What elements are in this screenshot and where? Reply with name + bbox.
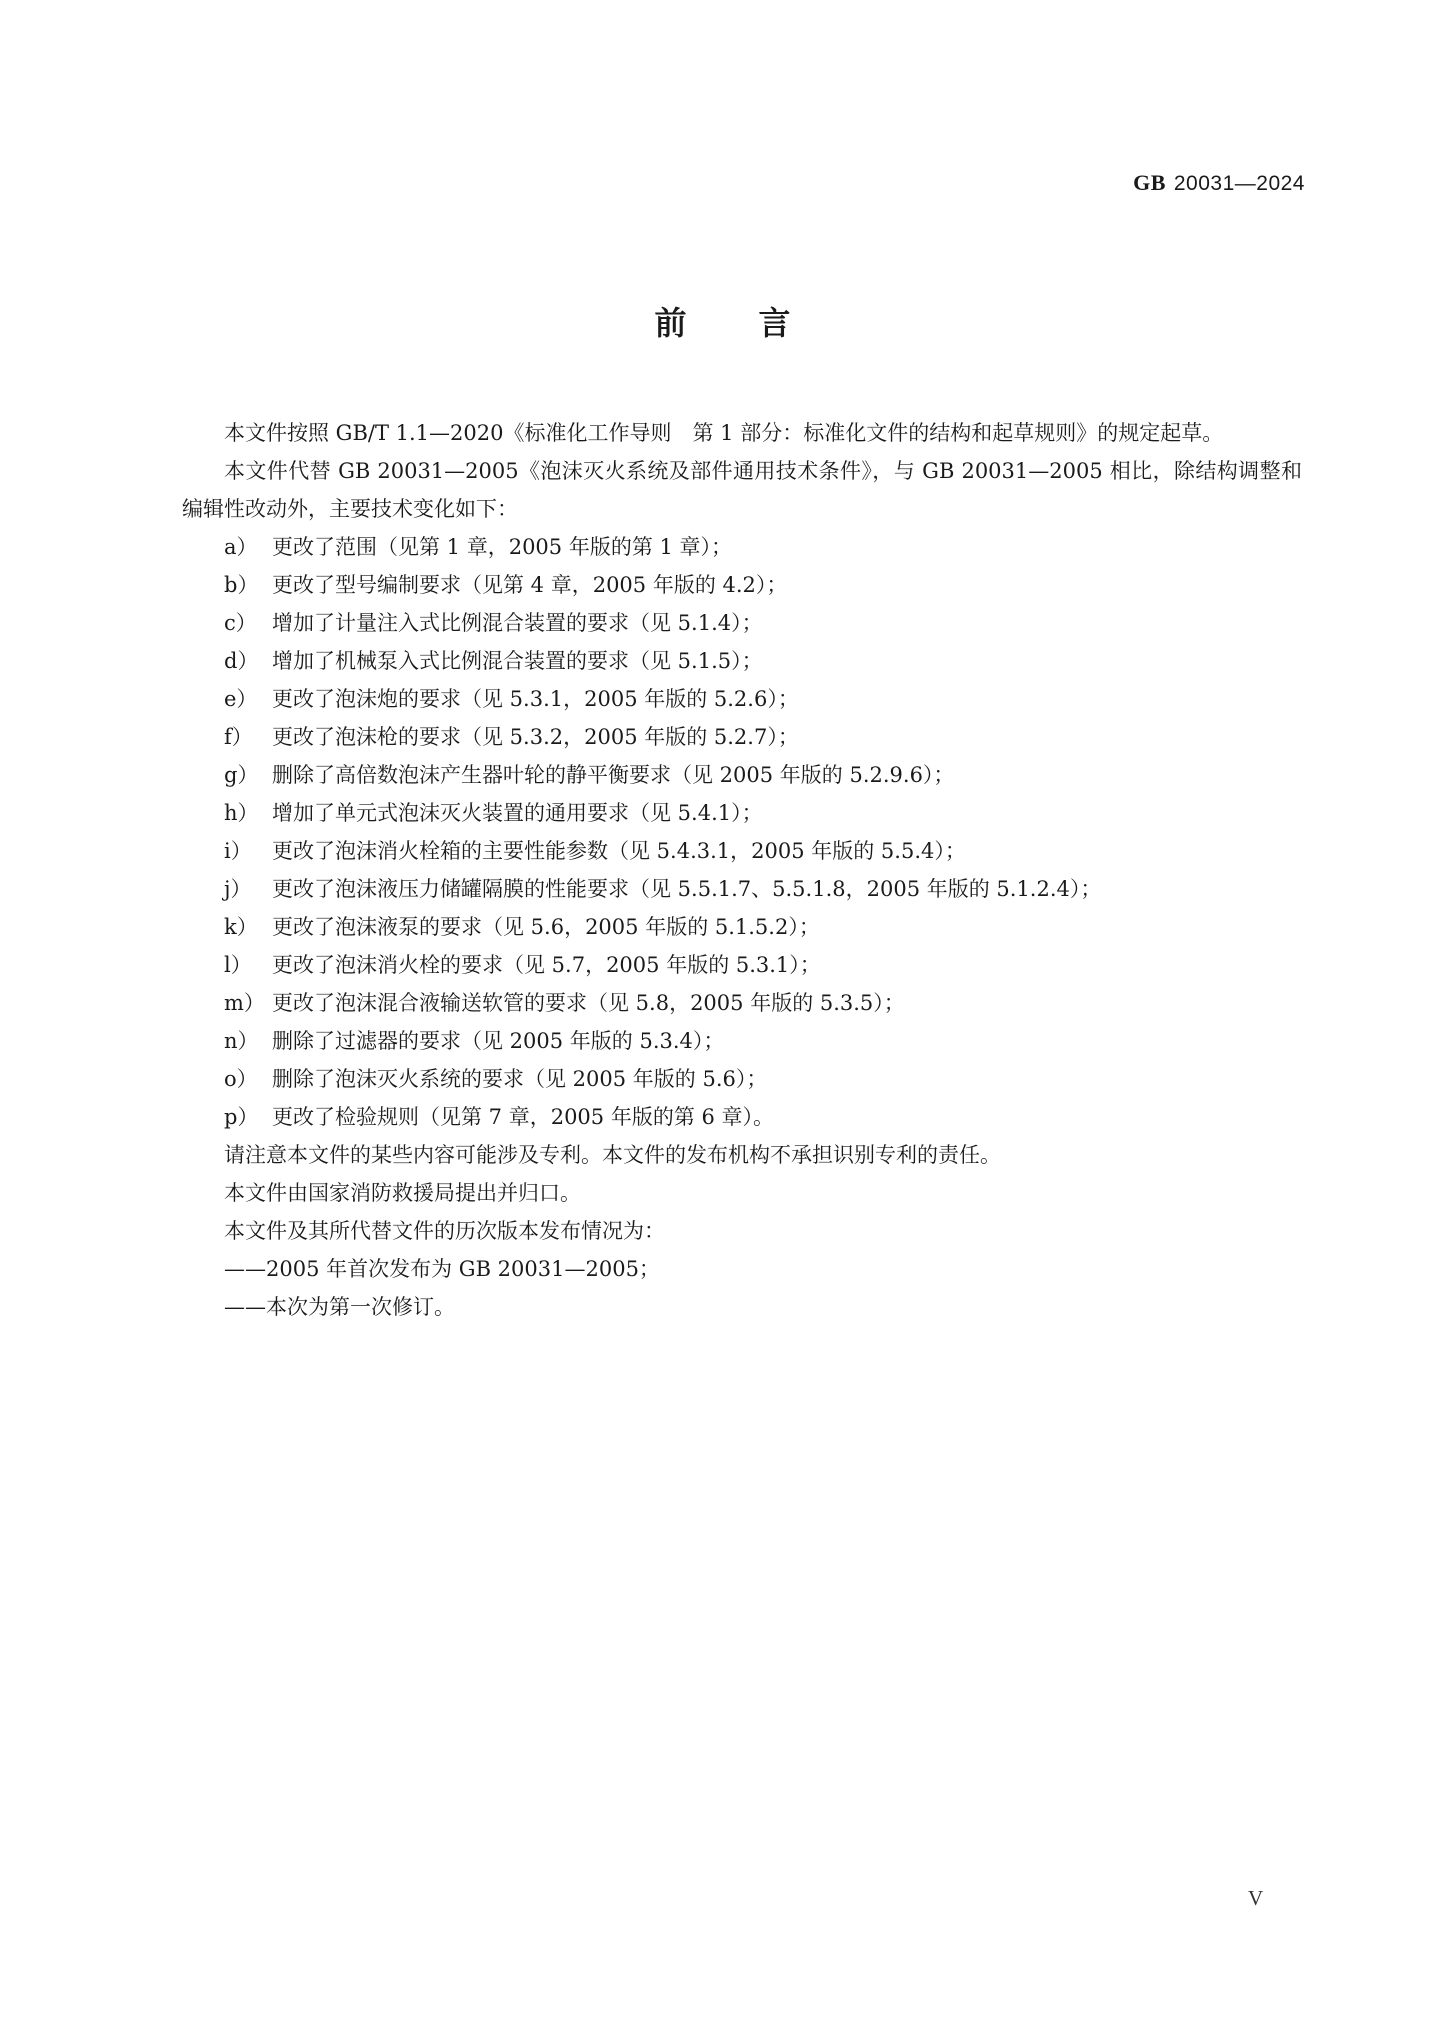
list-item: h）增加了单元式泡沫灭火装置的通用要求（见 5.4.1）； bbox=[182, 794, 1302, 832]
page-title: 前言 bbox=[0, 298, 1445, 344]
page-number: V bbox=[1248, 1886, 1263, 1911]
list-item: i）更改了泡沫消火栓箱的主要性能参数（见 5.4.3.1，2005 年版的 5.… bbox=[182, 832, 1302, 870]
list-item: j）更改了泡沫液压力储罐隔膜的性能要求（见 5.5.1.7、5.5.1.8，20… bbox=[182, 870, 1302, 908]
history-item: ——2005 年首次发布为 GB 20031—2005； bbox=[182, 1250, 1302, 1288]
list-item: l）更改了泡沫消火栓的要求（见 5.7，2005 年版的 5.3.1）； bbox=[182, 946, 1302, 984]
paragraph-patent-notice: 请注意本文件的某些内容可能涉及专利。本文件的发布机构不承担识别专利的责任。 bbox=[182, 1136, 1302, 1174]
list-item: c）增加了计量注入式比例混合装置的要求（见 5.1.4）； bbox=[182, 604, 1302, 642]
list-item: n）删除了过滤器的要求（见 2005 年版的 5.3.4）； bbox=[182, 1022, 1302, 1060]
foreword-body: 本文件按照 GB/T 1.1—2020《标准化工作导则 第 1 部分：标准化文件… bbox=[182, 414, 1302, 1326]
list-item: f）更改了泡沫枪的要求（见 5.3.2，2005 年版的 5.2.7）； bbox=[182, 718, 1302, 756]
list-item: e）更改了泡沫炮的要求（见 5.3.1，2005 年版的 5.2.6）； bbox=[182, 680, 1302, 718]
list-item: m）更改了泡沫混合液输送软管的要求（见 5.8，2005 年版的 5.3.5）； bbox=[182, 984, 1302, 1022]
standard-prefix: GB bbox=[1133, 170, 1166, 195]
title-char-2: 言 bbox=[759, 298, 791, 344]
paragraph-replacement: 本文件代替 GB 20031—2005《泡沫灭火系统及部件通用技术条件》，与 G… bbox=[182, 452, 1302, 528]
technical-changes-list: a）更改了范围（见第 1 章，2005 年版的第 1 章）； b）更改了型号编制… bbox=[182, 528, 1302, 1136]
paragraph-proposer: 本文件由国家消防救援局提出并归口。 bbox=[182, 1174, 1302, 1212]
standard-number: 20031—2024 bbox=[1174, 172, 1305, 195]
list-item: d）增加了机械泵入式比例混合装置的要求（见 5.1.5）； bbox=[182, 642, 1302, 680]
list-item: p）更改了检验规则（见第 7 章，2005 年版的第 6 章）。 bbox=[182, 1098, 1302, 1136]
title-char-1: 前 bbox=[654, 298, 686, 344]
list-item: a）更改了范围（见第 1 章，2005 年版的第 1 章）； bbox=[182, 528, 1302, 566]
document-code-header: GB20031—2024 bbox=[1133, 170, 1305, 196]
paragraph-drafting-rules: 本文件按照 GB/T 1.1—2020《标准化工作导则 第 1 部分：标准化文件… bbox=[182, 414, 1302, 452]
list-item: o）删除了泡沫灭火系统的要求（见 2005 年版的 5.6）； bbox=[182, 1060, 1302, 1098]
paragraph-history-intro: 本文件及其所代替文件的历次版本发布情况为： bbox=[182, 1212, 1302, 1250]
history-item: ——本次为第一次修订。 bbox=[182, 1288, 1302, 1326]
list-item: b）更改了型号编制要求（见第 4 章，2005 年版的 4.2）； bbox=[182, 566, 1302, 604]
list-item: g）删除了高倍数泡沫产生器叶轮的静平衡要求（见 2005 年版的 5.2.9.6… bbox=[182, 756, 1302, 794]
version-history-list: ——2005 年首次发布为 GB 20031—2005； ——本次为第一次修订。 bbox=[182, 1250, 1302, 1326]
list-item: k）更改了泡沫液泵的要求（见 5.6，2005 年版的 5.1.5.2）； bbox=[182, 908, 1302, 946]
